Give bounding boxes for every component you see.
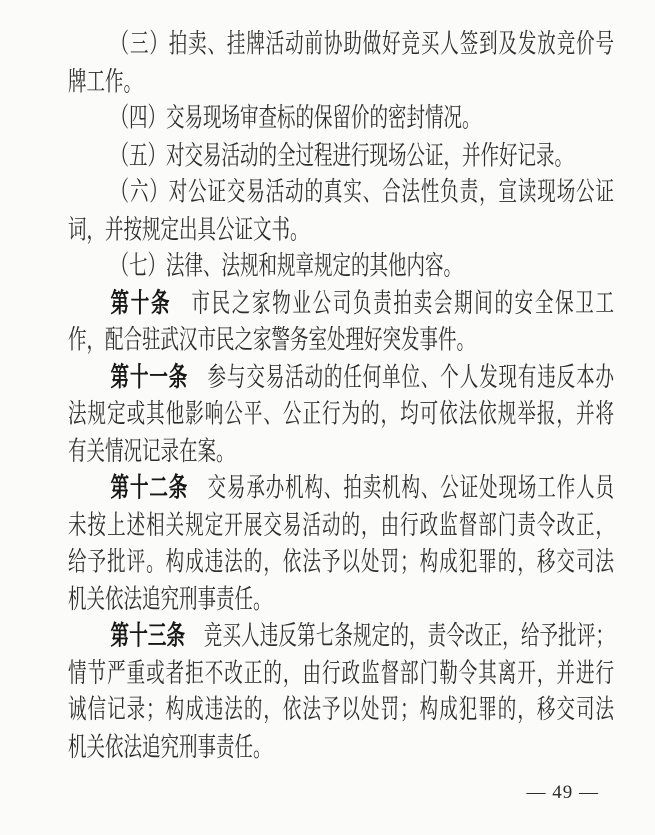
text-line: 情节严重或者拒不改正的，由行政监督部门勒令其离开，并进行 [68,657,614,694]
line-text: 交易承办机构、拍卖机构、公证处现场工作人员 [188,475,614,504]
page-number: — 49 — [527,782,600,804]
document-page: （三）拍卖、挂牌活动前协助做好竞买人签到及发放竞价号 牌工作。 （四）交易现场审… [0,0,655,835]
text-line: 第十一条 参与交易活动的任何单位、个人发现有违反本办 [68,361,614,398]
line-text: 牌工作。 [68,68,142,97]
text-line: 作，配合驻武汉市民之家警务室处理好突发事件。 [68,324,614,361]
document-body: （三）拍卖、挂牌活动前协助做好竞买人签到及发放竞价号 牌工作。 （四）交易现场审… [68,28,614,768]
article-number: 第十条 [111,290,172,319]
line-text: 参与交易活动的任何单位、个人发现有违反本办 [188,364,614,393]
line-text: 情节严重或者拒不改正的，由行政监督部门勒令其离开，并进行 [68,659,614,688]
line-text: 未按上述相关规定开展交易活动的，由行政监督部门责令改正， [68,512,614,541]
line-text: 机关依法追究刑事责任。 [68,733,272,762]
line-text: 给予批评。构成违法的，依法予以处罚；构成犯罪的，移交司法 [68,549,614,578]
text-line: 未按上述相关规定开展交易活动的，由行政监督部门责令改正， [68,509,614,546]
line-text: 市民之家物业公司负责拍卖会期间的安全保卫工 [171,290,614,319]
line-text: 竞买人违反第七条规定的，责令改正，给予批评； [185,623,614,652]
line-text: （三）拍卖、挂牌活动前协助做好竞买人签到及发放竞价号 [111,31,614,60]
line-text: 诚信记录；构成违法的，依法予以处罚；构成犯罪的，移交司法 [68,696,614,725]
text-line: 法规定或其他影响公平、公正行为的，均可依法依规举报，并将 [68,398,614,435]
text-line: 机关依法追究刑事责任。 [68,731,614,768]
text-line: 给予批评。构成违法的，依法予以处罚；构成犯罪的，移交司法 [68,546,614,583]
text-line: 第十三条 竞买人违反第七条规定的，责令改正，给予批评； [68,620,614,657]
line-text: （七）法律、法规和规章规定的其他内容。 [111,253,463,282]
line-text: （六）对公证交易活动的真实、合法性负责，宣读现场公证 [111,179,614,208]
text-line: （六）对公证交易活动的真实、合法性负责，宣读现场公证 [68,176,614,213]
text-line: （三）拍卖、挂牌活动前协助做好竞买人签到及发放竞价号 [68,28,614,65]
text-line: 有关情况记录在案。 [68,435,614,472]
article-number: 第十二条 [111,475,189,504]
text-line: 第十条 市民之家物业公司负责拍卖会期间的安全保卫工 [68,287,614,324]
text-line: （七）法律、法规和规章规定的其他内容。 [68,250,614,287]
article-number: 第十一条 [111,364,189,393]
text-line: （四）交易现场审查标的保留价的密封情况。 [68,102,614,139]
text-line: 第十二条 交易承办机构、拍卖机构、公证处现场工作人员 [68,472,614,509]
line-text: 法规定或其他影响公平、公正行为的，均可依法依规举报，并将 [68,401,614,430]
line-text: 词，并按规定出具公证文书。 [68,216,309,245]
line-text: 机关依法追究刑事责任。 [68,586,272,615]
text-line: 牌工作。 [68,65,614,102]
line-text: 有关情况记录在案。 [68,438,235,467]
line-text: 作，配合驻武汉市民之家警务室处理好突发事件。 [68,327,475,356]
text-line: 词，并按规定出具公证文书。 [68,213,614,250]
text-line: （五）对交易活动的全过程进行现场公证，并作好记录。 [68,139,614,176]
text-line: 诚信记录；构成违法的，依法予以处罚；构成犯罪的，移交司法 [68,694,614,731]
line-text: （五）对交易活动的全过程进行现场公证，并作好记录。 [111,142,574,171]
text-line: 机关依法追究刑事责任。 [68,583,614,620]
article-number: 第十三条 [111,623,186,652]
line-text: （四）交易现场审查标的保留价的密封情况。 [111,105,481,134]
